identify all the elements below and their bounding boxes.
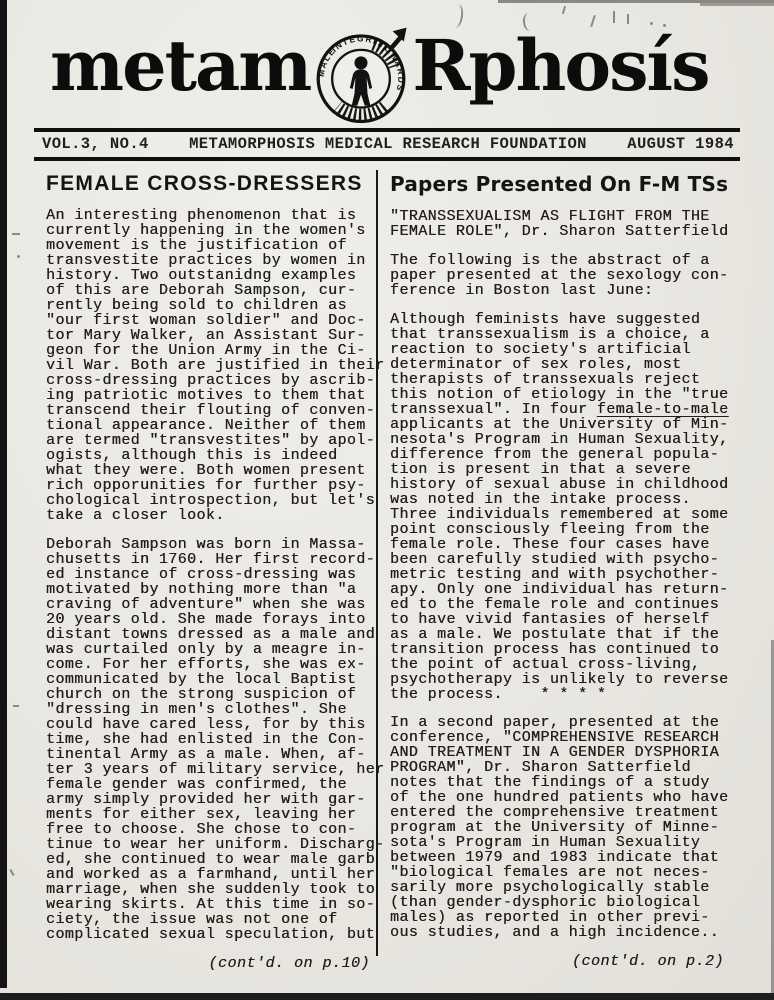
header-bar: VOL.3, NO.4 METAMORPHOSIS MEDICAL RESEAR… [34,128,740,161]
right-column: Papers Presented On F-M TSs "TRANSSEXUAL… [378,166,774,990]
pen-mark [562,6,566,14]
logo-text-prefix: metam [50,18,310,114]
article-paragraph: An interesting phenomenon that is curren… [46,208,376,523]
scan-edge-bottom [0,993,774,1000]
scan-smudge-top2 [700,3,774,6]
continuation-note: (cont'd. on p.10) [46,955,376,972]
newsletter-page: metam MALE INTEGRITY TOWARDS Rphosís VOL [0,0,774,1000]
organization-name: METAMORPHOSIS MEDICAL RESEARCH FOUNDATIO… [189,135,587,153]
volume-issue: VOL.3, NO.4 [42,135,149,153]
logo-text-suffix: Rphosís [412,18,708,114]
masthead: metam MALE INTEGRITY TOWARDS Rphosís [50,18,709,130]
abstract-intro: The following is the abstract of a paper… [390,253,748,298]
paper-title: "TRANSSEXUALISM AS FLIGHT FROM THE FEMAL… [390,209,748,239]
transgender-emblem-icon: MALE INTEGRITY TOWARDS [308,20,414,130]
article-heading-female-cross-dressers: FEMALE CROSS-DRESSERS [46,172,376,196]
abstract-paragraph: Although feminists have suggested that t… [390,312,748,702]
issue-date: AUGUST 1984 [627,135,734,153]
continuation-note: (cont'd. on p.2) [390,953,748,970]
article-paragraph: In a second paper, presented at the conf… [390,715,748,940]
columns: FEMALE CROSS-DRESSERS An interesting phe… [0,166,774,990]
arrow-shaft-icon [390,37,401,50]
abstract-text: applicants at the University of Min- nes… [390,416,728,703]
article-heading-papers-presented: Papers Presented On F-M TSs [390,172,748,196]
person-icon [355,56,368,69]
left-column: FEMALE CROSS-DRESSERS An interesting phe… [0,166,376,990]
article-paragraph: Deborah Sampson was born in Massa- chuse… [46,537,376,942]
